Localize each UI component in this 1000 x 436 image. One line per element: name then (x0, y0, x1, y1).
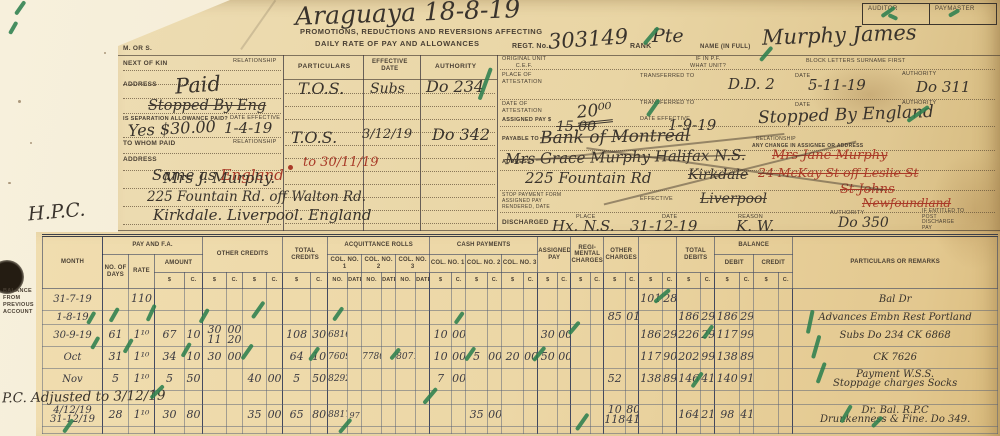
ledger-cell-oc1_c (227, 404, 243, 426)
ledger-cell-a2n (362, 325, 382, 347)
paper-speck (8, 182, 11, 184)
paper-speck (18, 100, 21, 103)
ledger-cell-a1dt (348, 426, 362, 433)
ledger-cell-x_c (663, 426, 677, 433)
divider (420, 55, 421, 231)
ledger-cell-c1_c (452, 289, 466, 311)
ledger-cell-x_c: 89 (663, 368, 677, 390)
ledger-cell-a3dt (416, 311, 430, 325)
ledger-cell-rc_d (571, 368, 591, 390)
stop-place: Liverpool (700, 192, 767, 207)
ledger-cell-a1n: 7609 (328, 346, 348, 368)
ledger-cell-a3n (396, 404, 416, 426)
to-whom-paid-label: TO WHOM PAID (123, 140, 175, 148)
relationship2-label: RELATIONSHIP (233, 139, 277, 146)
ledger-cell-c2_d (466, 289, 488, 311)
remarks-header: PARTICULARS OR REMARKS (793, 236, 998, 289)
ledger-cell-days: 5 (103, 368, 129, 390)
ledger-cell-c2_c: 00 (488, 346, 502, 368)
ledger-cell-amt_d (155, 289, 185, 311)
ledger-cell-bc_c (779, 426, 793, 433)
ledger-cell-a2n (362, 390, 382, 404)
discharged-label: DISCHARGED (502, 219, 549, 227)
scanned-pay-ledger-page: Araguaya 18-8-19 PROMOTIONS, REDUCTIONS … (0, 0, 1000, 436)
ledger-cell-a2dt (382, 404, 396, 426)
ledger-cell-och_d (604, 426, 626, 433)
ledger-cell-a3n (396, 289, 416, 311)
ledger-cell-c2_c (488, 368, 502, 390)
ledger-cell-ap_d (538, 426, 558, 433)
ledger-cell-x_c: 90 (663, 346, 677, 368)
original-unit-label: ORIGINAL UNIT C.E.F. (502, 56, 546, 69)
ledger-cell-tcr_c: 80 (311, 404, 328, 426)
transfer1-value: D.D. 2 (728, 77, 775, 93)
ledger-cell-c3_c (524, 289, 538, 311)
other-credits-header: OTHER CREDITS (203, 236, 283, 273)
ledger-cell-rc_d (571, 426, 591, 433)
ledger-cell-c1_d (430, 404, 452, 426)
other-charges-header: OTHER CHARGES (604, 236, 639, 273)
ledger-cell-c1_d (430, 311, 452, 325)
ledger-cell-remarks: Bal Dr (793, 289, 998, 311)
ledger-cell-oc2_d (243, 325, 267, 347)
ledger-cell-och_c (626, 426, 639, 433)
ledger-cell-bc_d (754, 289, 779, 311)
particulars-r1c2: Subs (370, 82, 405, 97)
ledger-cell-a3n (396, 311, 416, 325)
ledger-cell-oc2_c: 00 (267, 404, 283, 426)
ledger-cell-rc_c (591, 289, 604, 311)
ledger-cell-oc2_c (267, 426, 283, 433)
ledger-cell-c1_d: 10 (430, 325, 452, 347)
ledger-cell-ap_c: 00 (558, 346, 571, 368)
balance-credit-header: CREDIT (754, 255, 793, 273)
acq-col3-header: COL. NO. 3 (396, 255, 430, 273)
ledger-cell-c3_d (502, 368, 524, 390)
ledger-cell-tcr_c: 30 (311, 325, 328, 347)
ledger-cell-ap_c (558, 390, 571, 404)
ledger-cell-oc1_d (203, 426, 227, 433)
ledger-cell-c3_c (524, 325, 538, 347)
kin-name: Mrs J. Murphy. (163, 171, 275, 187)
ledger-cell-c3_c (524, 426, 538, 433)
ledger-cell-c2_c (488, 390, 502, 404)
ledger-subhead: C. (591, 273, 604, 289)
ledger-cell-och_d: 10 118 (604, 404, 626, 426)
ledger-cell-a1dt (348, 289, 362, 311)
ledger-cell-a3dt (416, 346, 430, 368)
dotted-line (285, 106, 495, 107)
ledger-cell-tcr_d: 64 (283, 346, 311, 368)
ledger-cell-bd_c (740, 426, 754, 433)
ledger-cell-tcr_d (283, 289, 311, 311)
ledger-cell-x_d (639, 404, 663, 426)
balance-header: BALANCE (715, 236, 793, 255)
rule-line (118, 55, 1000, 56)
ledger-subhead: $ (203, 273, 227, 289)
ledger-cell-och_d (604, 390, 626, 404)
ledger-cell-bc_d (754, 311, 779, 325)
ledger-cell-oc1_d (203, 368, 227, 390)
ledger-cell-och_c (626, 368, 639, 390)
ledger-cell-bc_c (779, 346, 793, 368)
dotted-line (285, 119, 495, 120)
particulars-header: PARTICULARS (298, 63, 351, 71)
ledger-cell-c3_d (502, 325, 524, 347)
ledger-cell-remarks (793, 426, 998, 433)
ledger-cell-och_d (604, 289, 626, 311)
ledger-cell-td_c: 29 (701, 311, 715, 325)
divider (497, 55, 498, 231)
ledger-cell-oc2_c (267, 325, 283, 347)
particulars-r2c2: 3/12/19 (362, 128, 412, 142)
ledger-cell-tcr_c (311, 311, 328, 325)
ledger-row: 31-7-1911010128Bal Dr (43, 289, 998, 311)
ledger-cell-oc1_c: 00 20 (227, 325, 243, 347)
ledger-subhead: $ (715, 273, 740, 289)
ledger-cell-oc2_c (267, 289, 283, 311)
ledger-cell-amt_c (185, 390, 203, 404)
ledger-cell-amt_d (155, 426, 185, 433)
transferred-to2-label: TRANSFERRED TO (640, 100, 694, 107)
check-mark-icon (14, 0, 26, 15)
ledger-subhead: $ (283, 273, 311, 289)
ledger-cell-bc_d (754, 390, 779, 404)
ledger-cell-rc_c (591, 346, 604, 368)
ledger-cell-ap_d (538, 390, 558, 404)
ledger-subhead: NO. (362, 273, 382, 289)
ledger-cell-td_c (701, 289, 715, 311)
ledger-subhead: $ (677, 273, 701, 289)
ledger-cell-a2dt (382, 289, 396, 311)
ledger-cell-a2dt (382, 390, 396, 404)
ledger-row: 1-8-1985011862918629Advances Embn Rest P… (43, 311, 998, 325)
ledger-subhead: $ (243, 273, 267, 289)
ledger-cell-bd_d: 186 (715, 311, 740, 325)
relationship-label: RELATIONSHIP (233, 58, 277, 65)
total-debits-header: TOTAL DEBITS (677, 236, 715, 273)
ledger-cell-month: 4/12/19 31-12/19 (43, 404, 103, 426)
ledger-cell-ap_d (538, 289, 558, 311)
ledger-cell-oc1_d: 30 (203, 346, 227, 368)
ledger-cell-oc2_c (267, 346, 283, 368)
ledger-cell-bc_c (779, 289, 793, 311)
ledger-cell-bc_c (779, 311, 793, 325)
ledger-cell-bd_d (715, 426, 740, 433)
cash-col2-header: COL. NO. 2 (466, 255, 502, 273)
effective-label: EFFECTIVE (640, 196, 673, 203)
ledger-cell-a2dt (382, 325, 396, 347)
ledger-cell-x_d (639, 426, 663, 433)
name-label: NAME (IN FULL) (700, 44, 751, 51)
ledger-cell-tcr_c (311, 289, 328, 311)
kin-address1: 225 Fountain Rd. off Walton Rd. (147, 190, 366, 204)
ledger-cell-oc1_d: 30 11 (203, 325, 227, 347)
ledger-cell-c3_c (524, 368, 538, 390)
red-dot (288, 165, 293, 170)
ledger-cell-c3_d: 20 (502, 346, 524, 368)
ledger-cell-days: 61 (103, 325, 129, 347)
rank-label: RANK (630, 43, 651, 51)
balance-debit-header: DEBIT (715, 255, 754, 273)
authority-label: AUTHORITY (902, 71, 936, 78)
ledger-subhead: NO. (396, 273, 416, 289)
ledger-cell-c2_d (466, 390, 488, 404)
ledger-cell-ap_c (558, 311, 571, 325)
ledger-cell-oc2_d (243, 426, 267, 433)
ledger-cell-remarks: Subs Do 234 CK 6868 (793, 325, 998, 347)
paper-speck (104, 52, 106, 54)
transfer1-authority: Do 311 (916, 80, 970, 96)
paid-note: Paid (174, 72, 221, 97)
red-note: to 30/11/19 (303, 156, 379, 170)
ledger-cell-td_d: 164 (677, 404, 701, 426)
ledger-cell-x_d: 117 (639, 346, 663, 368)
ledger-cell-amt_d: 67 (155, 325, 185, 347)
ledger-cell-c1_c (452, 404, 466, 426)
ledger-row: 4/12/19 31-12/19281¹⁰3080350065808817973… (43, 404, 998, 426)
ledger-cell-td_c: 99 (701, 346, 715, 368)
ledger-cell-a1n: 6816 (328, 325, 348, 347)
ledger-cell-td_c (701, 426, 715, 433)
ledger-subhead: C. (626, 273, 639, 289)
ledger-cell-oc2_c (267, 311, 283, 325)
ledger-cell-a1dt: 97 (348, 404, 362, 426)
assignee-address: 225 Fountain Rd (525, 171, 651, 187)
particulars-r1c1: T.O.S. (298, 81, 344, 98)
ledger-cell-c1_d: 10 (430, 346, 452, 368)
ledger-cell-och_d (604, 346, 626, 368)
pay-fa-header: PAY AND F.A. (103, 236, 203, 255)
ledger-cell-c3_d (502, 390, 524, 404)
ledger-cell-oc1_d (203, 404, 227, 426)
ledger-cell-ap_d (538, 311, 558, 325)
ledger-cell-amt_c (185, 426, 203, 433)
ledger-cell-oc2_c (267, 390, 283, 404)
paper-speck (30, 142, 32, 144)
ledger-cell-och_d: 85 (604, 311, 626, 325)
ledger-cell-c3_c (524, 390, 538, 404)
amount-header: AMOUNT (155, 255, 203, 273)
ledger-cell-bc_c (779, 368, 793, 390)
ledger-cell-td_d: 202 (677, 346, 701, 368)
ledger-cell-month: Oct (43, 346, 103, 368)
ledger-cell-a2dt (382, 426, 396, 433)
ledger-cell-x_d: 138 (639, 368, 663, 390)
ledger-cell-bd_c (740, 289, 754, 311)
particulars-r2c3: Do 342 (432, 127, 490, 144)
paymaster-label: PAYMASTER (929, 4, 996, 24)
address-label: ADDRESS (123, 81, 157, 89)
unnamed-column-header (639, 236, 677, 273)
ledger-cell-och_d (604, 325, 626, 347)
ledger-cell-bc_c (779, 325, 793, 347)
ledger-cell-td_c (701, 390, 715, 404)
ledger-cell-rc_d (571, 346, 591, 368)
ledger-cell-a1dt (348, 311, 362, 325)
ledger-cell-x_d: 186 (639, 325, 663, 347)
ledger-cell-amt_d: 34 (155, 346, 185, 368)
ledger-cell-amt_d (155, 311, 185, 325)
ledger-cell-c1_c: 00 (452, 346, 466, 368)
ledger-row (43, 426, 998, 433)
ledger-cell-oc2_d (243, 289, 267, 311)
ledger-cell-x_c (663, 311, 677, 325)
ledger-cell-rate: 1¹⁰ (129, 404, 155, 426)
ledger-cell-a2n (362, 404, 382, 426)
ledger-cell-rate (129, 426, 155, 433)
ledger-cell-bc_d (754, 346, 779, 368)
ledger-cell-tcr_d: 108 (283, 325, 311, 347)
ledger-subhead: C. (701, 273, 715, 289)
ledger-header: MONTH PAY AND F.A. OTHER CREDITS TOTAL C… (43, 236, 998, 289)
ledger-cell-och_c (626, 289, 639, 311)
discharge-reason: K. W. (736, 219, 774, 235)
ledger-cell-a1dt (348, 346, 362, 368)
pay-ledger-table: MONTH PAY AND F.A. OTHER CREDITS TOTAL C… (42, 234, 998, 434)
change-line1: Mrs Jane Murphy (772, 149, 887, 163)
particulars-r2c1: T.O.S. (291, 130, 337, 147)
if-pf-label: IF IN P.F. WHAT UNIT? (690, 56, 726, 69)
ledger-cell-a3dt (416, 404, 430, 426)
authority-header: AUTHORITY (435, 63, 477, 71)
ledger-cell-a1n (328, 390, 348, 404)
ledger-cell-oc2_d (243, 390, 267, 404)
ledger-cell-oc1_d (203, 390, 227, 404)
ledger-cell-c2_c (488, 311, 502, 325)
ledger-subhead: $ (466, 273, 488, 289)
ledger-cell-c2_d (466, 426, 488, 433)
ledger-row: Nov51¹⁰550400055082927005213889146411409… (43, 368, 998, 390)
ledger-cell-tcr_c (311, 390, 328, 404)
ledger-cell-och_c: 01 (626, 311, 639, 325)
ledger-cell-ap_d (538, 404, 558, 426)
regt-no-value: 303149 (547, 25, 629, 53)
stop-form-label: STOP PAYMENT FORM ASSIGNED PAY RENDERED,… (502, 192, 561, 210)
transferred-to-label: TRANSFERRED TO (640, 73, 694, 80)
ledger-cell-month: Nov (43, 368, 103, 390)
ledger-cell-td_d (677, 426, 701, 433)
discharge-authority: Do 350 (838, 216, 889, 231)
ledger-cell-ap_c (558, 289, 571, 311)
ledger-cell-a1n: 8292 (328, 368, 348, 390)
ledger-cell-c1_d (430, 426, 452, 433)
ledger-cell-c2_c (488, 325, 502, 347)
ledger-subhead: C. (452, 273, 466, 289)
ledger-subhead: $ (155, 273, 185, 289)
ledger-cell-amt_c: 80 (185, 404, 203, 426)
m-or-s-label: M. OR S. (123, 45, 152, 53)
ledger-cell-c3_d (502, 404, 524, 426)
ledger-cell-bd_c: 99 (740, 325, 754, 347)
transfer1-date: 5-11-19 (808, 78, 866, 94)
ledger-cell-c2_d (466, 325, 488, 347)
ledger-cell-bd_d: 117 (715, 325, 740, 347)
ledger-cell-c1_c: 00 (452, 325, 466, 347)
next-of-kin-label: NEXT OF KIN (123, 60, 167, 68)
ledger-cell-rate: 1¹⁰ (129, 346, 155, 368)
rate-header: RATE (129, 255, 155, 289)
ledger-cell-c3_c (524, 311, 538, 325)
assigned-pay-header: ASSIGNED PAY (538, 236, 571, 273)
ledger-cell-a1dt (348, 325, 362, 347)
ledger-subhead: C. (227, 273, 243, 289)
ledger-cell-ap_c: 00 (558, 325, 571, 347)
ledger-cell-bd_d: 140 (715, 368, 740, 390)
acquittance-rolls-header: ACQUITTANCE ROLLS (328, 236, 430, 255)
form-title-line2: DAILY RATE OF PAY AND ALLOWANCES (315, 39, 480, 48)
ledger-subhead: DATE (348, 273, 362, 289)
ledger-subhead: $ (639, 273, 663, 289)
ledger-cell-rc_c (591, 390, 604, 404)
ledger-cell-ap_d (538, 368, 558, 390)
discharge-place: Hx. N.S. (552, 219, 615, 235)
ledger-cell-a2n (362, 368, 382, 390)
regt-no-label: REGT. No. (512, 43, 549, 51)
dotted-line (123, 224, 281, 225)
ledger-cell-a1dt (348, 390, 362, 404)
cash-col3-header: COL. NO. 3 (502, 255, 538, 273)
ledger-cell-c1_c: 00 (452, 368, 466, 390)
ledger-cell-bd_d: 138 (715, 346, 740, 368)
ledger-subhead: DATE (382, 273, 396, 289)
ledger-cell-a3n (396, 368, 416, 390)
ledger-cell-och_c (626, 325, 639, 347)
ledger-cell-remarks: Dr. Bal. R.P.C Drunkenness & Fine. Do 34… (793, 404, 998, 426)
margin-initials: H.P.C. (27, 201, 86, 226)
ledger-cell-a2n (362, 426, 382, 433)
dotted-line (285, 184, 495, 185)
ledger-cell-bd_c: 91 (740, 368, 754, 390)
ledger-cell-bc_d (754, 325, 779, 347)
name-value: Murphy James (762, 21, 917, 48)
balance-from-previous-label: BALANCE FROM PREVIOUS ACCOUNT (3, 288, 34, 317)
ledger-cell-c3_d (502, 311, 524, 325)
ledger-cell-a3n (396, 390, 416, 404)
ledger-cell-och_c: 80 41 (626, 404, 639, 426)
ledger-cell-c2_d (466, 311, 488, 325)
ledger-cell-remarks: Payment W.S.S. Stoppage charges Socks (793, 368, 998, 390)
ledger-subhead: NO. (328, 273, 348, 289)
ledger-cell-tcr_d: 65 (283, 404, 311, 426)
particulars-r1c3: Do 234 (426, 79, 484, 96)
ledger-cell-tcr_c (311, 426, 328, 433)
ledger-cell-c1_c (452, 426, 466, 433)
ledger-cell-amt_c (185, 289, 203, 311)
ledger-cell-rc_c (591, 311, 604, 325)
ledger-cell-bd_c: 41 (740, 404, 754, 426)
ledger-cell-a3n (396, 325, 416, 347)
adjust-note: P.C. Adjusted to 3/12/19 (2, 389, 166, 406)
ledger-cell-bc_d (754, 404, 779, 426)
date-attestation-label: DATE OF ATTESTATION (502, 101, 542, 114)
ledger-cell-a1n (328, 289, 348, 311)
days-header: NO. OF DAYS (103, 255, 129, 289)
place-attestation-label: PLACE OF ATTESTATION (502, 72, 542, 85)
separation-date: 1-4-19 (224, 121, 272, 137)
ledger-cell-a3dt (416, 289, 430, 311)
ledger-cell-oc1_c (227, 426, 243, 433)
ledger-cell-oc1_c (227, 311, 243, 325)
cash-payments-header: CASH PAYMENTS (430, 236, 538, 255)
dotted-line (500, 212, 995, 213)
ledger-cell-rc_d (571, 289, 591, 311)
ledger-cell-bc_d (754, 368, 779, 390)
ledger-cell-days: 28 (103, 404, 129, 426)
ledger-body: 31-7-1911010128Bal Dr1-8-198501186291862… (43, 289, 998, 434)
ledger-cell-td_d (677, 289, 701, 311)
auditor-label: AUDITOR (863, 4, 929, 24)
